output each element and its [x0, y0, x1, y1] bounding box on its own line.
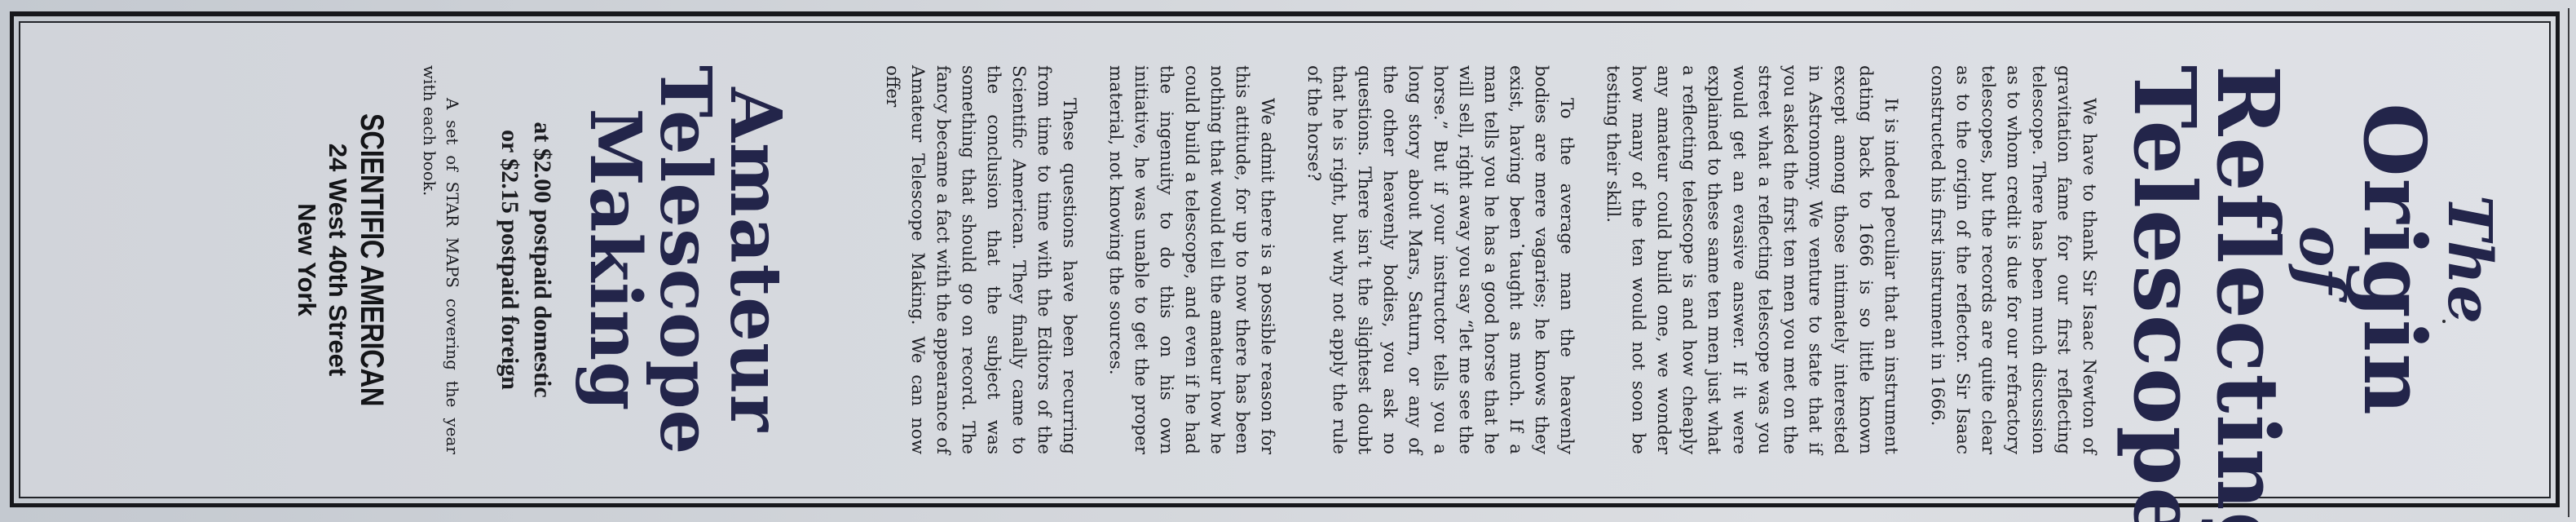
book-title-line-3: Making	[580, 65, 650, 454]
paragraph-average-man: To the average man the heavenly bodies a…	[1301, 65, 1579, 454]
print-speck	[2442, 320, 2446, 323]
ad-border-outer: The Origin of Reflecting Telescopes We h…	[10, 11, 2560, 507]
headline-the: The	[2439, 65, 2499, 454]
book-title-line-2: Telescope	[650, 65, 720, 454]
scanned-page: The Origin of Reflecting Telescopes We h…	[0, 0, 2576, 522]
publisher-street: 24 West 40th Street	[322, 65, 353, 454]
headline-of: of	[2291, 65, 2351, 454]
price-domestic: at $2.00 postpaid domestic	[526, 65, 558, 454]
headline-origin: Origin	[2353, 65, 2437, 454]
ad-content: The Origin of Reflecting Telescopes We h…	[20, 23, 2549, 497]
star-maps-bonus: A set of STAR MAPS covering the year wit…	[418, 65, 464, 454]
paragraph-admit: We admit there is a possible reason for …	[1103, 65, 1280, 454]
publisher-block: SCIENTIFIC AMERICAN 24 West 40th Street …	[291, 65, 390, 454]
book-title: Amateur Telescope Making	[580, 65, 790, 454]
headline-reflecting: Reflecting	[2206, 65, 2289, 454]
publisher-city: New York	[291, 65, 322, 454]
headline-telescopes: Telescopes	[2123, 65, 2206, 454]
top-rule-divider	[2568, 8, 2569, 517]
advertisement-page: The Origin of Reflecting Telescopes We h…	[0, 0, 2576, 522]
paragraph-newton: We have to thank Sir Isaac Newton of gra…	[1925, 65, 2102, 454]
print-speck	[1522, 245, 1524, 247]
price-block: at $2.00 postpaid domestic or $2.15 post…	[493, 65, 558, 454]
paragraph-peculiar: It is indeed peculiar that an instrument…	[1600, 65, 1903, 454]
headline: The Origin of Reflecting Telescopes	[2123, 65, 2499, 454]
book-title-line-1: Amateur	[720, 65, 790, 454]
price-foreign: or $2.15 postpaid foreign	[493, 65, 526, 454]
paragraph-questions: These questions have been recurring from…	[880, 65, 1082, 454]
article-body: We have to thank Sir Isaac Newton of gra…	[880, 65, 2102, 454]
publisher-name: SCIENTIFIC AMERICAN	[353, 100, 390, 419]
ad-border-inner: The Origin of Reflecting Telescopes We h…	[19, 21, 2551, 498]
